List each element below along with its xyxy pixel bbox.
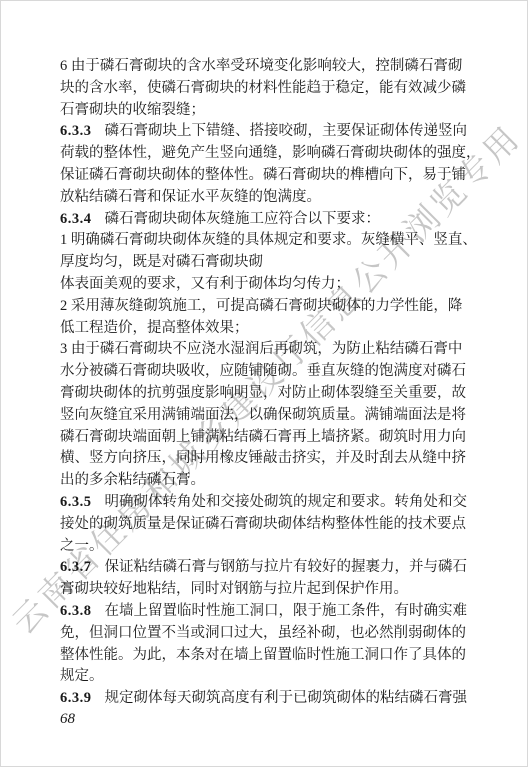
document-page: 云南省住房和城乡建设厅信息公开浏览专用 6 由于磷石膏砌块的含水率受环境变化影响… <box>0 0 528 767</box>
section-number: 6.3.4 <box>60 211 92 227</box>
section-number: 6.3.7 <box>60 559 92 575</box>
text-line: 横、竖方向挤压，同时用橡皮锤敲击挤实，并及时刮去从缝中挤 <box>60 448 474 470</box>
text-line: 竖向灰缝宜采用满铺端面法，以确保砌筑质量。满铺端面法是将 <box>60 405 474 427</box>
page-number: 68 <box>60 711 75 728</box>
text-line: 规定。 <box>60 666 474 688</box>
text-line: 整体性能。为此，本条对在墙上留置临时性施工洞口作了具体的 <box>60 645 474 667</box>
line-text: 厚度均匀，既是对磷石膏砌块砌 <box>60 254 263 270</box>
document-body: 6 由于磷石膏砌块的含水率受环境变化影响较大，控制磷石膏砌 块的含水率，使磷石膏… <box>60 56 474 710</box>
text-line: 水分被磷石膏砌块吸收，应随铺随砌。垂直灰缝的饱满度对磷石 <box>60 361 474 383</box>
text-line: 膏砌块较好地粘结，同时对钢筋与拉片起到保护作用。 <box>60 579 474 601</box>
line-text: 整体性能。为此，本条对在墙上留置临时性施工洞口作了具体的 <box>60 647 466 663</box>
text-line: 厚度均匀，既是对磷石膏砌块砌 <box>60 252 474 274</box>
text-line: 磷石膏砌块端面朝上铺满粘结磷石膏再上墙挤紧。砌筑时用力向 <box>60 427 474 449</box>
text-line: 之一。 <box>60 536 474 558</box>
text-line: 保证磷石膏砌块砌体的整体性。磷石膏砌块的榫槽向下，易于铺 <box>60 165 474 187</box>
text-line: 6.3.5明确砌体转角处和交接处砌筑的规定和要求。转角处和交 <box>60 492 474 514</box>
line-text: 横、竖方向挤压，同时用橡皮锤敲击挤实，并及时刮去从缝中挤 <box>60 450 466 466</box>
text-line: 6.3.3磷石膏砌块上下错缝、搭接咬砌，主要保证砌体传递竖向 <box>60 121 474 143</box>
line-text: 在墙上留置临时性施工洞口，限于施工条件，有时确实难 <box>105 603 468 619</box>
line-text: 磷石膏砌块端面朝上铺满粘结磷石膏再上墙挤紧。砌筑时用力向 <box>60 429 466 445</box>
text-line: 体表面美观的要求，又有利于砌体均匀传力； <box>60 274 474 296</box>
text-line: 2 采用薄灰缝砌筑施工，可提高磷石膏砌块砌体的力学性能，降 <box>60 296 474 318</box>
line-text: 低工程造价，提高整体效果； <box>60 320 249 336</box>
text-line: 6.3.8在墙上留置临时性施工洞口，限于施工条件，有时确实难 <box>60 601 474 623</box>
text-line: 免，但洞口位置不当或洞口过大，虽经补砌，也必然削弱砌体的 <box>60 623 474 645</box>
line-text: 保证粘结磷石膏与钢筋与拉片有较好的握裹力，并与磷石 <box>105 559 468 575</box>
line-text: 膏砌块砌体的抗剪强度影响明显，对防止砌体裂缝至关重要，故 <box>60 385 466 401</box>
line-text: 明确砌体转角处和交接处砌筑的规定和要求。转角处和交 <box>105 494 468 510</box>
line-text: 石膏砌块的收缩裂缝； <box>60 102 205 118</box>
text-line: 低工程造价，提高整体效果； <box>60 318 474 340</box>
text-line: 1 明确磷石膏砌块砌体灰缝的具体规定和要求。灰缝横平、竖直、 <box>60 230 474 252</box>
line-text: 荷载的整体性，避免产生竖向通缝，影响磷石膏砌块砌体的强度， <box>60 145 481 161</box>
line-text: 放粘结磷石膏和保证水平灰缝的饱满度。 <box>60 189 321 205</box>
text-line: 放粘结磷石膏和保证水平灰缝的饱满度。 <box>60 187 474 209</box>
line-text: 保证磷石膏砌块砌体的整体性。磷石膏砌块的榫槽向下，易于铺 <box>60 167 466 183</box>
text-line: 3 由于磷石膏砌块不应浇水湿润后再砌筑，为防止粘结磷石膏中 <box>60 339 474 361</box>
line-text: 体表面美观的要求，又有利于砌体均匀传力； <box>60 276 350 292</box>
text-line: 接处的砌筑质量是保证磷石膏砌块砌体结构整体性能的技术要点 <box>60 514 474 536</box>
line-text: 块的含水率，使磷石膏砌块的材料性能趋于稳定，能有效减少磷 <box>60 80 466 96</box>
line-text: 1 明确磷石膏砌块砌体灰缝的具体规定和要求。灰缝横平、竖直、 <box>60 232 477 248</box>
section-number: 6.3.3 <box>60 123 92 139</box>
section-number: 6.3.8 <box>60 603 92 619</box>
text-line: 荷载的整体性，避免产生竖向通缝，影响磷石膏砌块砌体的强度， <box>60 143 474 165</box>
text-line: 6 由于磷石膏砌块的含水率受环境变化影响较大，控制磷石膏砌 <box>60 56 474 78</box>
line-text: 3 由于磷石膏砌块不应浇水湿润后再砌筑，为防止粘结磷石膏中 <box>60 341 462 357</box>
line-text: 出的多余粘结磷石膏。 <box>60 472 205 488</box>
text-line: 6.3.7保证粘结磷石膏与钢筋与拉片有较好的握裹力，并与磷石 <box>60 557 474 579</box>
line-text: 磷石膏砌块砌体灰缝施工应符合以下要求： <box>105 211 381 227</box>
line-text: 2 采用薄灰缝砌筑施工，可提高磷石膏砌块砌体的力学性能，降 <box>60 298 462 314</box>
text-line: 出的多余粘结磷石膏。 <box>60 470 474 492</box>
text-line: 块的含水率，使磷石膏砌块的材料性能趋于稳定，能有效减少磷 <box>60 78 474 100</box>
text-line: 6.3.9规定砌体每天砌筑高度有利于已砌筑砌体的粘结磷石膏强 <box>60 688 474 710</box>
text-line: 6.3.4磷石膏砌块砌体灰缝施工应符合以下要求： <box>60 209 474 231</box>
line-text: 之一。 <box>60 538 104 554</box>
text-line: 膏砌块砌体的抗剪强度影响明显，对防止砌体裂缝至关重要，故 <box>60 383 474 405</box>
section-number: 6.3.9 <box>60 690 92 706</box>
line-text: 规定。 <box>60 668 104 684</box>
line-text: 膏砌块较好地粘结，同时对钢筋与拉片起到保护作用。 <box>60 581 408 597</box>
text-line: 石膏砌块的收缩裂缝； <box>60 100 474 122</box>
line-text: 接处的砌筑质量是保证磷石膏砌块砌体结构整体性能的技术要点 <box>60 516 466 532</box>
section-number: 6.3.5 <box>60 494 92 510</box>
line-text: 免，但洞口位置不当或洞口过大，虽经补砌，也必然削弱砌体的 <box>60 625 466 641</box>
line-text: 竖向灰缝宜采用满铺端面法，以确保砌筑质量。满铺端面法是将 <box>60 407 466 423</box>
line-text: 6 由于磷石膏砌块的含水率受环境变化影响较大，控制磷石膏砌 <box>60 58 462 74</box>
line-text: 水分被磷石膏砌块吸收，应随铺随砌。垂直灰缝的饱满度对磷石 <box>60 363 466 379</box>
line-text: 规定砌体每天砌筑高度有利于已砌筑砌体的粘结磷石膏强 <box>105 690 468 706</box>
line-text: 磷石膏砌块上下错缝、搭接咬砌，主要保证砌体传递竖向 <box>105 123 468 139</box>
